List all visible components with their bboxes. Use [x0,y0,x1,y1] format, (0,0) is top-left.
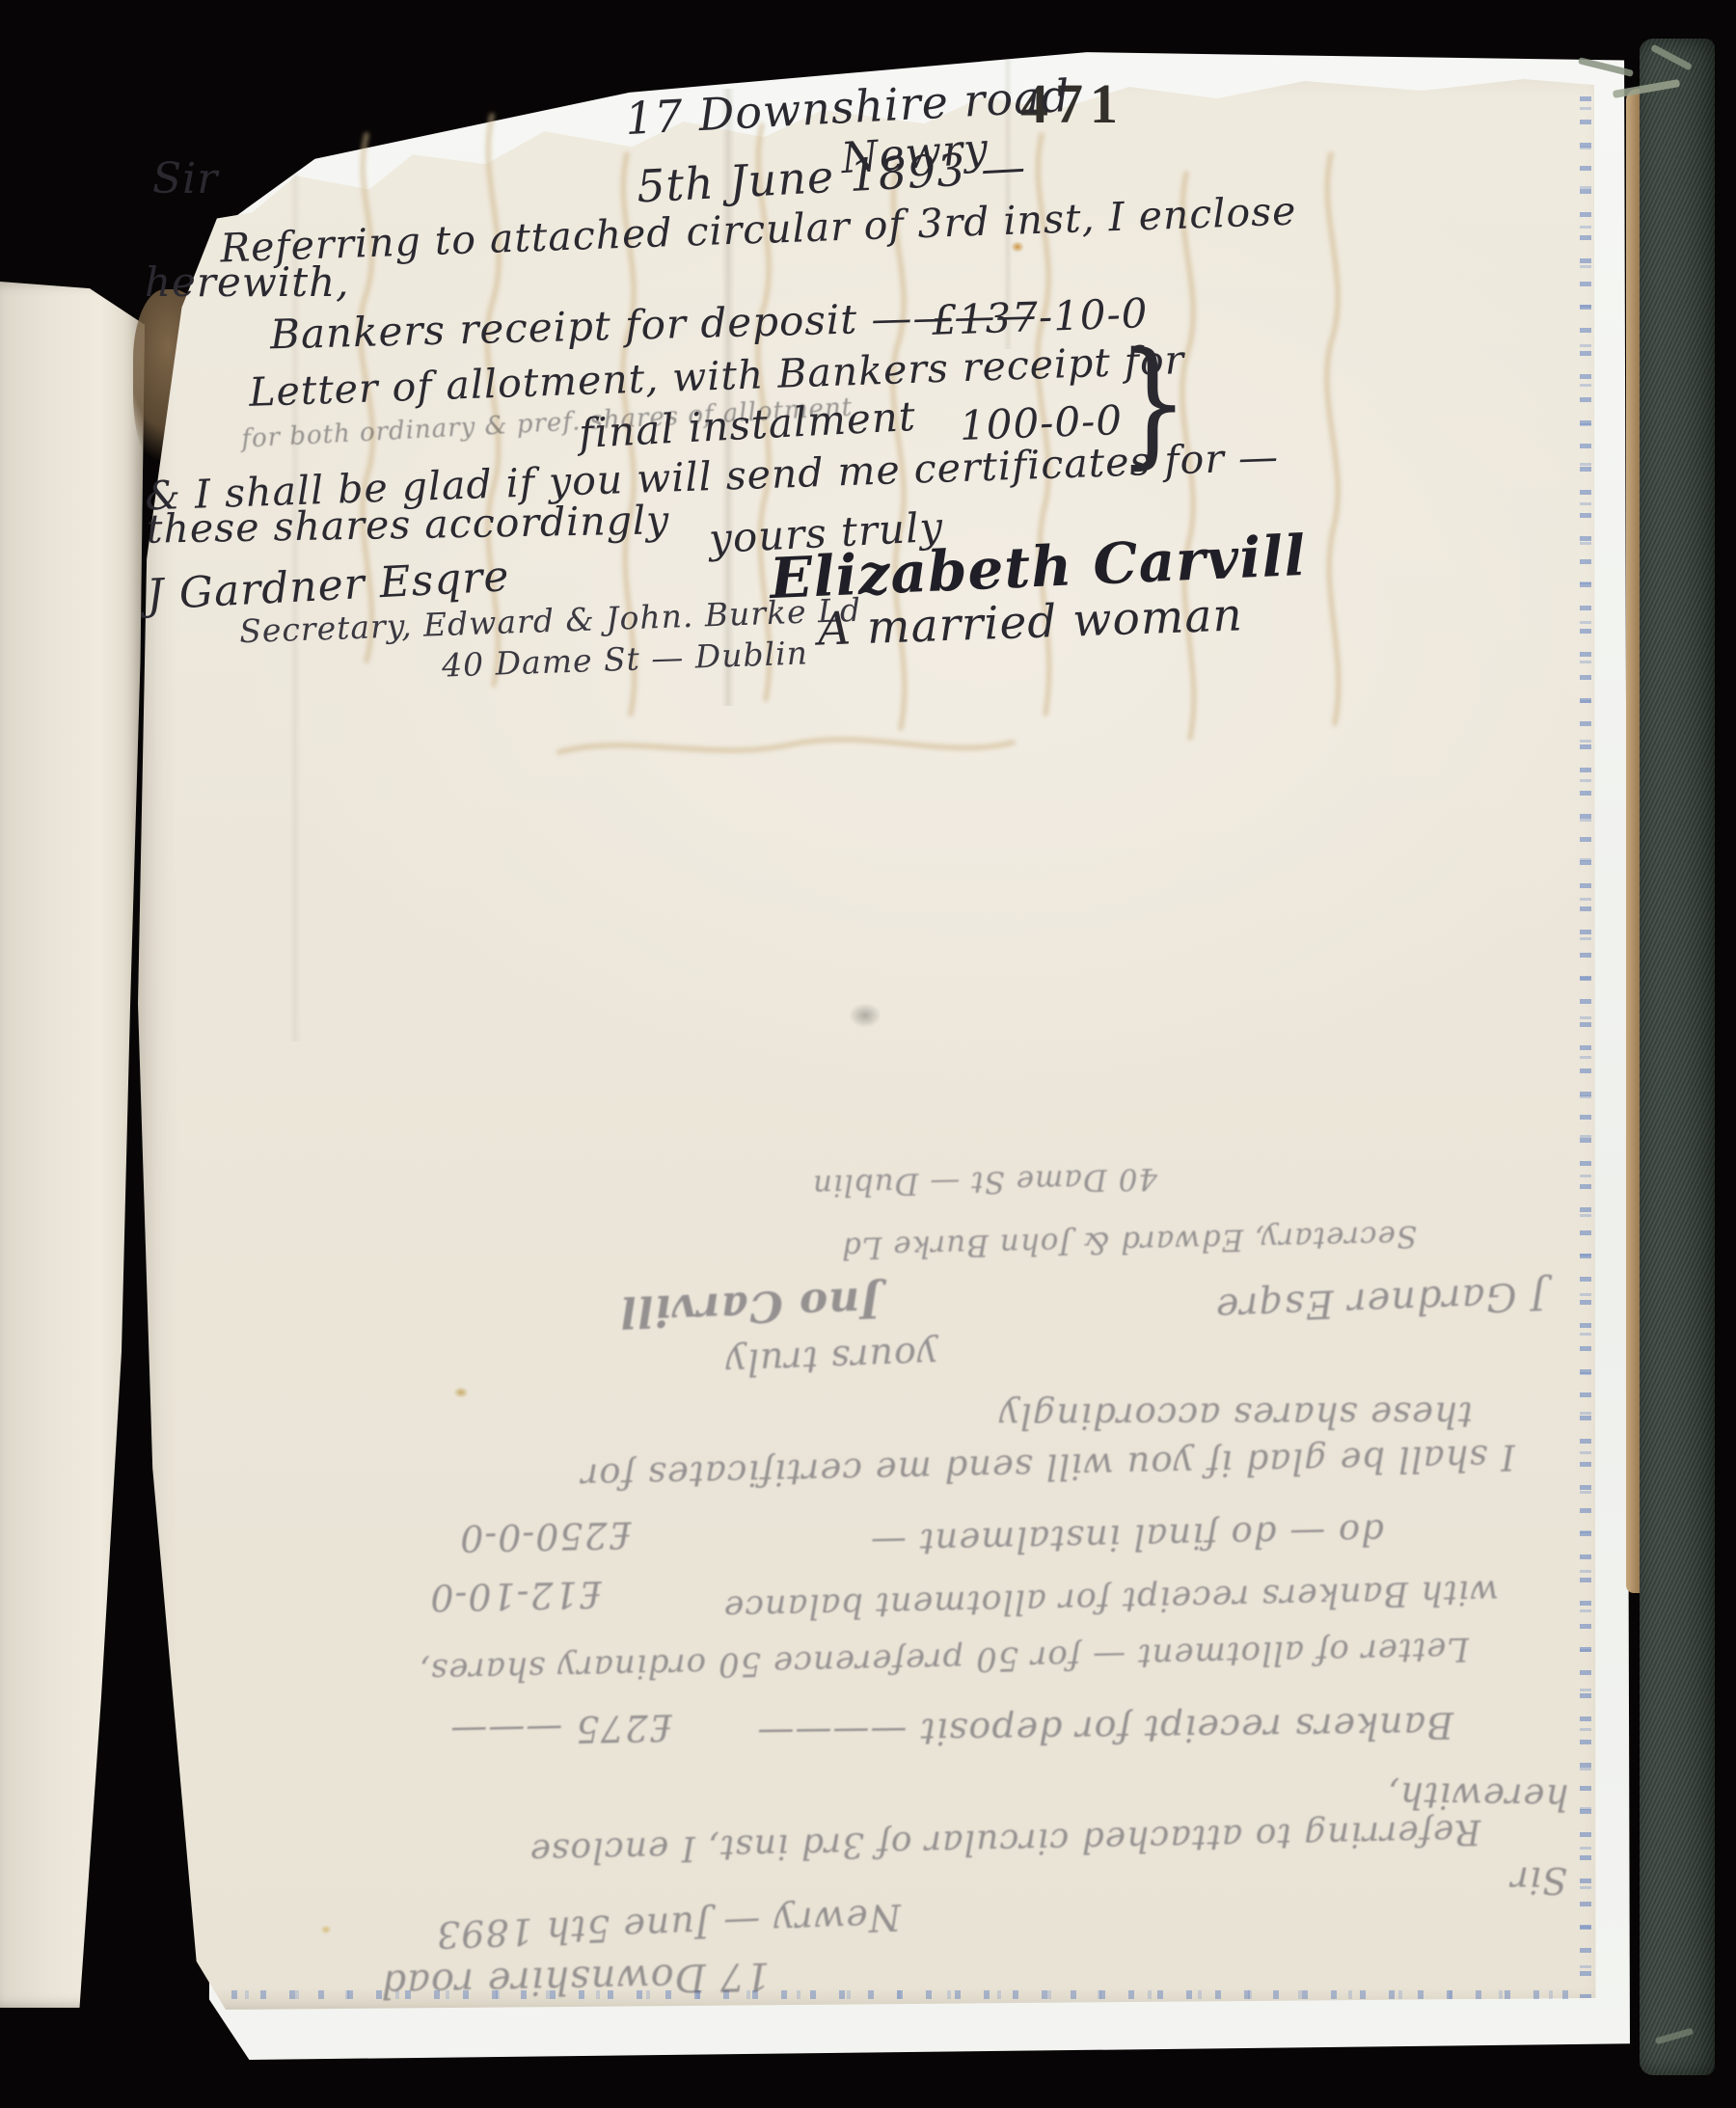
closing-line-2: these shares accordingly [147,497,670,552]
offset-line: I shall be glad if you will send me cert… [580,1437,1515,1498]
salutation: Sir [152,154,218,203]
offset-line: do — do final instalment — [869,1511,1384,1563]
ink-smudge [849,1003,882,1028]
ink-offset-letter: 17 Downshire road Newry — June 5th 1893 … [133,1051,1593,2016]
book-cover-cloth [1640,39,1715,2075]
offset-line: £250-0-0 [459,1514,633,1560]
offset-line: Newry — June 5th 1893 [435,1896,902,1956]
offset-line: J Gardner Esqre [1214,1273,1547,1330]
offset-signature: Jno Carvill [618,1277,882,1336]
offset-line: herewith, [1387,1774,1569,1819]
letterbook-scan: { "palette":{ "background":"#070505","pa… [0,0,1736,2108]
offset-line: Bankers receipt for deposit ———— [756,1704,1453,1755]
opening-line-2: herewith, [145,258,350,306]
offset-line: 40 Dame St — Dublin [812,1161,1158,1203]
offset-line: £12-10-0 [429,1573,603,1619]
offset-line: with Bankers receipt for allotment balan… [722,1572,1499,1627]
offset-line: £275 ——— [449,1706,673,1753]
offset-line: Referring to attached circular of 3rd in… [529,1812,1481,1872]
offset-line: Secretary, Edward & John Burke Ld [841,1219,1418,1266]
offset-line: 17 Downshire road [380,1954,771,2006]
offset-line: Letter of allotment — for 50 preference … [419,1630,1470,1690]
offset-line: Sir [1509,1858,1567,1902]
offset-line: yours truly [724,1334,939,1384]
underlying-page-edge [0,282,145,2008]
offset-line: these shares accordingly [998,1394,1473,1438]
